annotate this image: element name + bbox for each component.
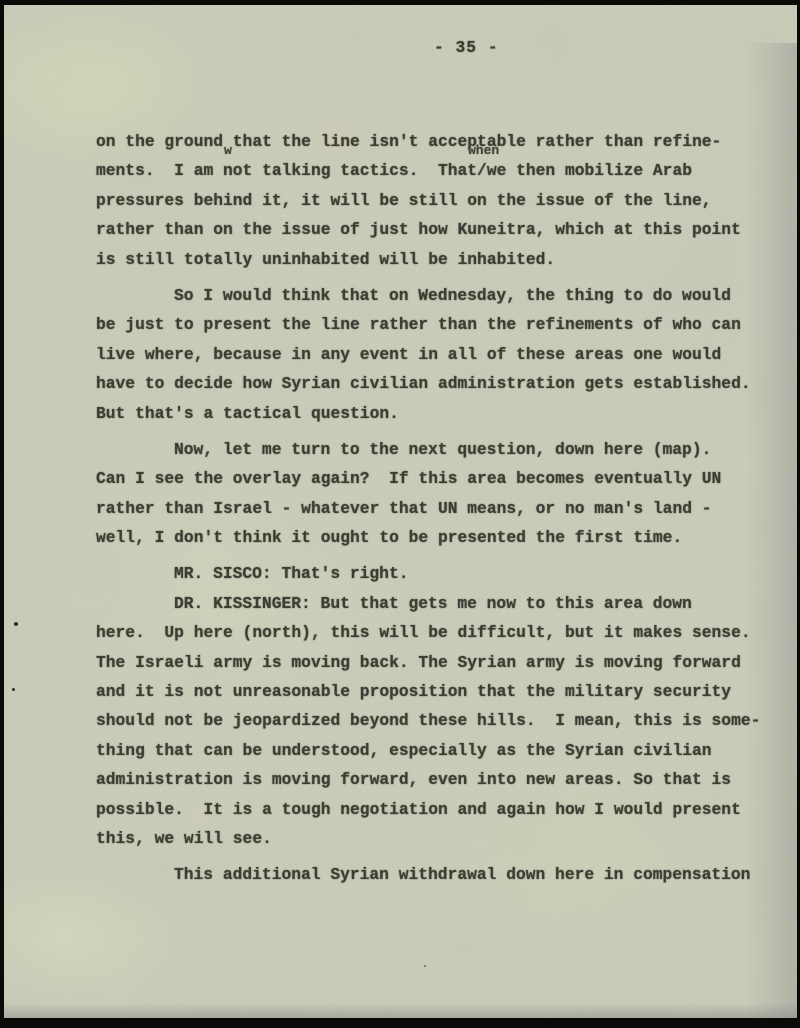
document-line: rather than Israel - whatever that UN me… [96,494,768,523]
document-line: on the ground that the line isn't accept… [96,127,768,156]
document-line-text: MR. SISCO: That's right. [174,564,409,583]
document-line: possible. It is a tough negotiation and … [96,795,768,824]
document-line-text: Now, let me turn to the next question, d… [174,440,711,459]
document-paragraph: MR. SISCO: That's right. [96,559,768,588]
document-paragraph: Now, let me turn to the next question, d… [96,435,768,553]
scan-background: { "page": { "number_label": "- 35 -" }, … [0,0,800,1028]
document-line: The Israeli army is moving back. The Syr… [96,648,768,677]
document-line-text: live where, because in any event in all … [96,345,721,364]
document-line: and it is not unreasonable proposition t… [96,677,768,706]
document-line-text: should not be jeopardized beyond these h… [96,711,760,730]
document-line-text: have to decide how Syrian civilian admin… [96,374,751,393]
document-line-text: So I would think that on Wednesday, the … [174,286,731,305]
document-line-text: be just to present the line rather than … [96,315,741,334]
document-line-text: possible. It is a tough negotiation and … [96,800,741,819]
document-line-text: DR. KISSINGER: But that gets me now to t… [174,594,692,613]
document-line: here. Up here (north), this will be diff… [96,618,768,647]
document-line-text: administration is moving forward, even i… [96,770,731,789]
document-line-text: well, I don't think it ought to be prese… [96,528,682,547]
document-line-text: rather than Israel - whatever that UN me… [96,499,712,518]
scan-dust-speck [12,688,15,691]
document-line: So I would think that on Wednesday, the … [96,281,768,310]
document-line: live where, because in any event in all … [96,340,768,369]
document-line: is still totally uninhabited will be inh… [96,245,768,274]
document-line-text: ments. I am not talking tactics. That/we… [96,161,692,180]
document-line: DR. KISSINGER: But that gets me now to t… [96,589,768,618]
document-line: But that's a tactical question. [96,399,768,428]
document-line-text: thing that can be understood, especially… [96,741,712,760]
document-line-text: is still totally uninhabited will be inh… [96,250,555,269]
document-line: thing that can be understood, especially… [96,736,768,765]
document-line-text: Can I see the overlay again? If this are… [96,469,721,488]
document-line: administration is moving forward, even i… [96,765,768,794]
document-line-text: This additional Syrian withdrawal down h… [174,865,750,884]
document-line: rather than on the issue of just how Kun… [96,215,768,244]
typed-insertion-correction: w [224,144,232,157]
document-paragraph: on the ground that the line isn't accept… [96,127,768,274]
document-line: MR. SISCO: That's right. [96,559,768,588]
document-line: this, we will see. [96,824,768,853]
scanned-page: - 35 - on the ground that the line isn't… [4,5,797,1018]
document-paragraph: So I would think that on Wednesday, the … [96,281,768,428]
document-line-text: But that's a tactical question. [96,404,399,423]
document-line-text: pressures behind it, it will be still on… [96,191,712,210]
document-line: be just to present the line rather than … [96,310,768,339]
document-line-text: here. Up here (north), this will be diff… [96,623,751,642]
document-text: on the ground that the line isn't accept… [96,127,768,897]
document-line: Can I see the overlay again? If this are… [96,464,768,493]
document-line-text: this, we will see. [96,829,272,848]
document-line-text: and it is not unreasonable proposition t… [96,682,731,701]
typed-insertion-correction: when [468,144,499,157]
document-line-text: rather than on the issue of just how Kun… [96,220,741,239]
scan-dust-speck [14,622,18,626]
page-edge-shadow-bottom [4,1003,797,1018]
scan-dust-speck [424,965,426,967]
document-line: have to decide how Syrian civilian admin… [96,369,768,398]
document-paragraph: DR. KISSINGER: But that gets me now to t… [96,589,768,854]
document-paragraph: This additional Syrian withdrawal down h… [96,860,768,889]
document-line: ments. I am not talking tactics. That/we… [96,156,768,185]
document-line: Now, let me turn to the next question, d… [96,435,768,464]
document-line: This additional Syrian withdrawal down h… [96,860,768,889]
document-line-text: on the ground that the line isn't accept… [96,132,721,151]
document-line: should not be jeopardized beyond these h… [96,706,768,735]
document-line: well, I don't think it ought to be prese… [96,523,768,552]
document-line: pressures behind it, it will be still on… [96,186,768,215]
document-line-text: The Israeli army is moving back. The Syr… [96,653,741,672]
page-number: - 35 - [434,38,499,57]
